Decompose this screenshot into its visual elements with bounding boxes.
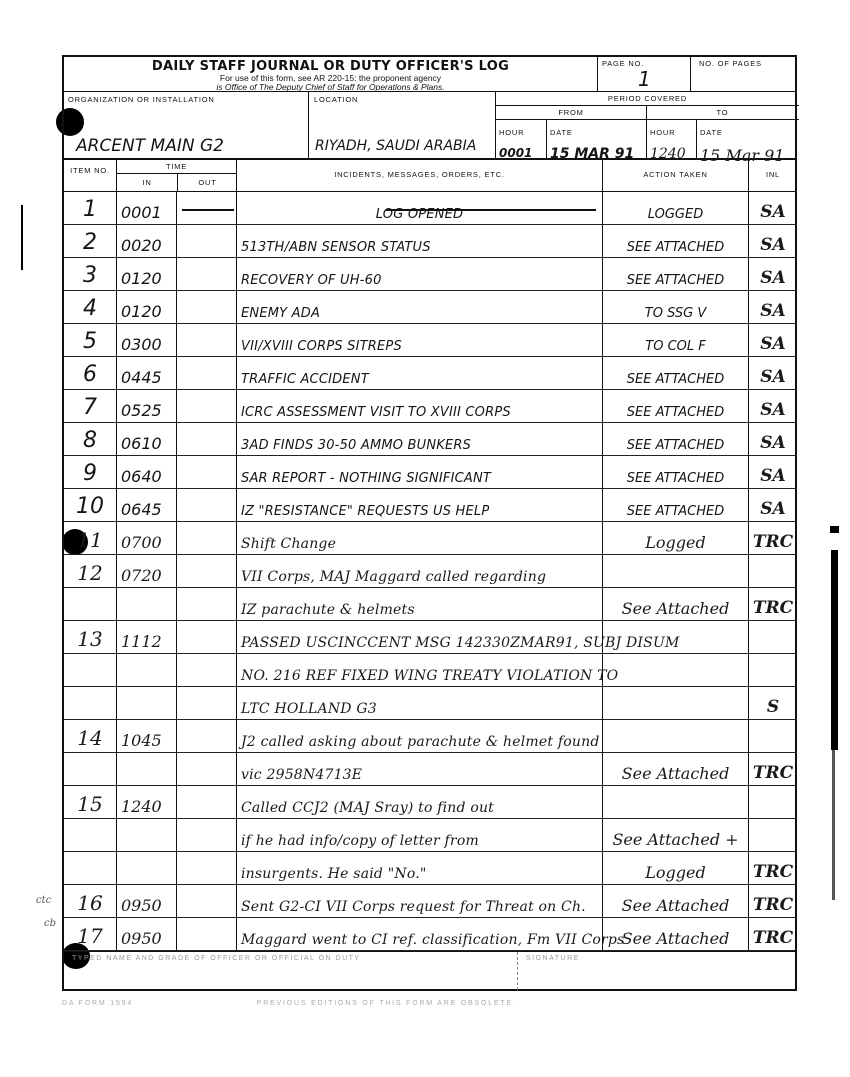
item-no-cell: 13 — [64, 621, 116, 654]
time-out-cell — [176, 819, 236, 852]
time-out-cell — [176, 753, 236, 786]
item-no-cell: 1 — [64, 192, 116, 225]
time-out-cell — [176, 489, 236, 522]
action-taken-cell: Logged — [602, 852, 748, 885]
time-out-cell — [176, 390, 236, 423]
incident-text-value: J2 called asking about parachute & helme… — [241, 734, 599, 750]
item-no-cell — [64, 687, 116, 720]
incident-text-cell: VII/XVIII CORPS SITREPS — [236, 324, 602, 357]
table-row: 160950Sent G2-CI VII Corps request for T… — [64, 885, 795, 918]
item-no-cell — [64, 852, 116, 885]
col-time-in: IN — [117, 174, 177, 187]
time-in-cell: 0950 — [116, 885, 176, 918]
initials-cell: TRC — [748, 885, 797, 918]
incident-text-value: TRAFFIC ACCIDENT — [241, 372, 369, 387]
initials-value: TRC — [753, 862, 793, 882]
incident-text-value: VII/XVIII CORPS SITREPS — [241, 339, 402, 354]
incident-text-value: LTC HOLLAND G3 — [241, 701, 377, 717]
time-in-value: 0700 — [121, 533, 162, 552]
incident-text-cell: J2 called asking about parachute & helme… — [236, 720, 602, 753]
table-row: vic 2958N4713ESee AttachedTRC — [64, 753, 795, 786]
initials-cell — [748, 819, 797, 852]
hour-date-row: HOUR 0001 DATE 15 MAR 91 HOUR 1240 DATE … — [496, 120, 799, 158]
incident-text-value: SAR REPORT - NOTHING SIGNIFICANT — [241, 471, 491, 486]
location-field: LOCATION RIYADH, SAUDI ARABIA — [308, 92, 495, 160]
time-in-value: 0720 — [121, 566, 162, 585]
table-row: 141045J2 called asking about parachute &… — [64, 720, 795, 753]
table-row: LTC HOLLAND G3S — [64, 687, 795, 720]
item-no-cell: 14 — [64, 720, 116, 753]
action-taken-value: Logged — [645, 863, 705, 882]
margin-note-1: ctc — [36, 895, 51, 906]
action-taken-value: LOGGED — [648, 207, 703, 222]
action-taken-cell — [602, 621, 748, 654]
time-in-value: 0001 — [121, 203, 162, 222]
incident-text-cell: if he had info/copy of letter from — [236, 819, 602, 852]
page-no-value: 1 — [638, 67, 651, 91]
time-in-value: 0300 — [121, 335, 162, 354]
incident-text-cell: Shift Change — [236, 522, 602, 555]
time-in-cell: 0120 — [116, 258, 176, 291]
time-out-cell — [176, 291, 236, 324]
initials-cell: TRC — [748, 852, 797, 885]
time-in-value: 0120 — [121, 302, 162, 321]
action-taken-value: SEE ATTACHED — [627, 405, 724, 420]
form-title: DAILY STAFF JOURNAL OR DUTY OFFICER'S LO… — [64, 59, 597, 74]
time-in-value: 1112 — [121, 632, 162, 651]
action-taken-value: See Attached + — [612, 830, 738, 849]
form-info-header: ORGANIZATION OR INSTALLATION ARCENT MAIN… — [64, 92, 795, 160]
initials-value: SA — [760, 202, 785, 222]
table-row: 806103AD FINDS 30-50 AMMO BUNKERSSEE ATT… — [64, 423, 795, 456]
item-no-value: 15 — [77, 792, 102, 816]
no-of-pages-field: NO. OF PAGES — [690, 57, 797, 92]
time-out-cell — [176, 588, 236, 621]
table-row: 60445TRAFFIC ACCIDENTSEE ATTACHEDSA — [64, 357, 795, 390]
to-date-label: DATE — [700, 128, 723, 137]
action-taken-cell: See Attached — [602, 588, 748, 621]
item-no-cell: 8 — [64, 423, 116, 456]
col-item-no: ITEM NO. — [64, 160, 116, 192]
time-out-cell — [176, 720, 236, 753]
item-no-value: 16 — [77, 891, 102, 915]
incident-text-cell: vic 2958N4713E — [236, 753, 602, 786]
scan-edge-mark-right-bar — [831, 550, 838, 750]
initials-value: SA — [760, 499, 785, 519]
item-no-cell: 15 — [64, 786, 116, 819]
incident-text-cell: RECOVERY OF UH-60 — [236, 258, 602, 291]
incident-text-value: 3AD FINDS 30-50 AMMO BUNKERS — [241, 438, 471, 453]
incident-text-cell: IZ "RESISTANCE" REQUESTS US HELP — [236, 489, 602, 522]
initials-value: S — [767, 697, 779, 717]
from-hour-value: 0001 — [499, 146, 543, 160]
time-in-value: 0610 — [121, 434, 162, 453]
incident-text-value: RECOVERY OF UH-60 — [241, 273, 382, 288]
time-in-cell: 0001 — [116, 192, 176, 225]
table-row: 120720VII Corps, MAJ Maggard called rega… — [64, 555, 795, 588]
organization-field: ORGANIZATION OR INSTALLATION ARCENT MAIN… — [64, 92, 308, 160]
item-no-cell: 7 — [64, 390, 116, 423]
to-label: TO — [646, 106, 798, 120]
incident-text-value: insurgents. He said "No." — [241, 866, 427, 882]
incident-text-cell: VII Corps, MAJ Maggard called regarding — [236, 555, 602, 588]
item-no-cell: 4 — [64, 291, 116, 324]
item-no-value: 14 — [77, 726, 102, 750]
action-taken-cell — [602, 786, 748, 819]
action-taken-cell: See Attached — [602, 753, 748, 786]
time-in-value: 0645 — [121, 500, 162, 519]
journal-entries: 10001LOG OPENEDLOGGEDSA20020513TH/ABN SE… — [64, 192, 795, 951]
item-no-value: 5 — [83, 329, 97, 354]
arrow-line-left — [182, 209, 234, 211]
item-no-cell — [64, 654, 116, 687]
time-out-cell — [176, 324, 236, 357]
initials-value: TRC — [753, 928, 793, 948]
incident-text-cell: 513TH/ABN SENSOR STATUS — [236, 225, 602, 258]
action-taken-cell: Logged — [602, 522, 748, 555]
incident-text-value: IZ "RESISTANCE" REQUESTS US HELP — [241, 504, 489, 519]
initials-value: SA — [760, 433, 785, 453]
initials-cell: TRC — [748, 753, 797, 786]
item-no-cell: 17 — [64, 918, 116, 951]
action-taken-cell — [602, 654, 748, 687]
action-taken-value: SEE ATTACHED — [627, 471, 724, 486]
daily-staff-journal-form: DAILY STAFF JOURNAL OR DUTY OFFICER'S LO… — [62, 55, 797, 991]
initials-value: TRC — [753, 532, 793, 552]
no-of-pages-label: NO. OF PAGES — [691, 57, 797, 70]
initials-cell: TRC — [748, 588, 797, 621]
location-value: RIYADH, SAUDI ARABIA — [315, 138, 476, 154]
item-no-value: 7 — [83, 395, 97, 420]
action-taken-cell: See Attached — [602, 918, 748, 951]
incident-text-value: 513TH/ABN SENSOR STATUS — [241, 240, 431, 255]
initials-cell — [748, 555, 797, 588]
initials-cell: SA — [748, 390, 797, 423]
action-taken-cell: SEE ATTACHED — [602, 258, 748, 291]
time-in-cell — [116, 819, 176, 852]
initials-cell: TRC — [748, 918, 797, 951]
action-taken-value: See Attached — [622, 764, 730, 783]
to-hour-cell: HOUR 1240 — [646, 120, 696, 158]
col-time: TIME IN OUT — [116, 160, 236, 192]
time-in-value: 0950 — [121, 929, 162, 948]
incident-text-cell: Called CCJ2 (MAJ Sray) to find out — [236, 786, 602, 819]
time-in-cell: 1240 — [116, 786, 176, 819]
action-taken-value: SEE ATTACHED — [627, 504, 724, 519]
time-out-cell — [176, 918, 236, 951]
initials-value: TRC — [753, 763, 793, 783]
item-no-cell — [64, 588, 116, 621]
table-row: 20020513TH/ABN SENSOR STATUSSEE ATTACHED… — [64, 225, 795, 258]
action-taken-cell: SEE ATTACHED — [602, 423, 748, 456]
initials-cell — [748, 621, 797, 654]
form-header: DAILY STAFF JOURNAL OR DUTY OFFICER'S LO… — [64, 57, 795, 92]
incident-text-value: NO. 216 REF FIXED WING TREATY VIOLATION … — [241, 668, 618, 684]
item-no-value: 13 — [77, 627, 102, 651]
item-no-cell: 9 — [64, 456, 116, 489]
initials-value: TRC — [753, 598, 793, 618]
page-no-field: PAGE NO. 1 — [597, 57, 690, 92]
action-taken-value: See Attached — [622, 896, 730, 915]
item-no-value: 3 — [83, 263, 97, 288]
col-action-taken: ACTION TAKEN — [602, 160, 748, 192]
officer-name-field: TYPED NAME AND GRADE OF OFFICER OR OFFIC… — [64, 952, 517, 990]
time-out-cell — [176, 786, 236, 819]
column-headers: ITEM NO. TIME IN OUT INCIDENTS, MESSAGES… — [64, 160, 795, 192]
action-taken-value: SEE ATTACHED — [627, 273, 724, 288]
initials-cell — [748, 786, 797, 819]
col-incidents: INCIDENTS, MESSAGES, ORDERS, ETC. — [236, 160, 602, 192]
action-taken-cell: SEE ATTACHED — [602, 489, 748, 522]
time-in-value: 0525 — [121, 401, 162, 420]
incident-text-cell: 3AD FINDS 30-50 AMMO BUNKERS — [236, 423, 602, 456]
from-hour-cell: HOUR 0001 — [496, 120, 546, 158]
item-no-cell — [64, 819, 116, 852]
action-taken-cell: SEE ATTACHED — [602, 456, 748, 489]
initials-cell: SA — [748, 456, 797, 489]
incident-text-cell: TRAFFIC ACCIDENT — [236, 357, 602, 390]
item-no-cell: 5 — [64, 324, 116, 357]
action-taken-value: SEE ATTACHED — [627, 240, 724, 255]
time-out-cell — [176, 852, 236, 885]
table-row: 70525ICRC ASSESSMENT VISIT TO XVIII CORP… — [64, 390, 795, 423]
incident-text-cell: SAR REPORT - NOTHING SIGNIFICANT — [236, 456, 602, 489]
time-in-cell — [116, 852, 176, 885]
from-label: FROM — [496, 106, 646, 120]
title-block: DAILY STAFF JOURNAL OR DUTY OFFICER'S LO… — [64, 57, 597, 92]
action-taken-cell — [602, 555, 748, 588]
time-in-cell: 0720 — [116, 555, 176, 588]
signature-field: SIGNATURE — [517, 952, 797, 990]
item-no-value: 9 — [83, 461, 97, 486]
table-row: NO. 216 REF FIXED WING TREATY VIOLATION … — [64, 654, 795, 687]
time-in-cell — [116, 654, 176, 687]
table-row: 40120ENEMY ADATO SSG VSA — [64, 291, 795, 324]
location-label: LOCATION — [309, 92, 495, 107]
incident-text-cell: Sent G2-CI VII Corps request for Threat … — [236, 885, 602, 918]
arrow-line-right — [386, 209, 596, 211]
incident-text-value: if he had info/copy of letter from — [241, 833, 479, 849]
action-taken-cell — [602, 687, 748, 720]
period-covered-label: PERIOD COVERED — [496, 92, 799, 106]
incident-text-value: ICRC ASSESSMENT VISIT TO XVIII CORPS — [241, 405, 511, 420]
table-row: 151240Called CCJ2 (MAJ Sray) to find out — [64, 786, 795, 819]
from-hour-label: HOUR — [499, 128, 524, 137]
incident-text-value: vic 2958N4713E — [241, 767, 362, 783]
action-taken-cell: See Attached + — [602, 819, 748, 852]
item-no-value: 1 — [83, 197, 97, 222]
from-to-row: FROM TO — [496, 106, 799, 120]
table-row: 131112PASSED USCINCCENT MSG 142330ZMAR91… — [64, 621, 795, 654]
form-subtitle-2: is Office of The Deputy Chief of Staff f… — [64, 83, 597, 92]
initials-cell: SA — [748, 291, 797, 324]
initials-cell — [748, 720, 797, 753]
incident-text-value: Shift Change — [241, 536, 336, 552]
incident-text-cell: ICRC ASSESSMENT VISIT TO XVIII CORPS — [236, 390, 602, 423]
action-taken-value: Logged — [645, 533, 705, 552]
incident-text-value: IZ parachute & helmets — [241, 602, 415, 618]
action-taken-cell: See Attached — [602, 885, 748, 918]
time-in-cell: 0525 — [116, 390, 176, 423]
time-in-cell: 0645 — [116, 489, 176, 522]
time-in-value: 0120 — [121, 269, 162, 288]
item-no-cell: 12 — [64, 555, 116, 588]
edition-note: PREVIOUS EDITIONS OF THIS FORM ARE OBSOL… — [257, 1000, 517, 1007]
to-date-cell: DATE 15 Mar 91 — [696, 120, 798, 158]
item-no-cell: 3 — [64, 258, 116, 291]
action-taken-value: SEE ATTACHED — [627, 372, 724, 387]
time-in-cell: 0610 — [116, 423, 176, 456]
item-no-value: 10 — [76, 494, 104, 519]
item-no-cell: 11 — [64, 522, 116, 555]
initials-value: SA — [760, 466, 785, 486]
time-in-cell — [116, 687, 176, 720]
time-in-value: 0020 — [121, 236, 162, 255]
time-out-cell — [176, 225, 236, 258]
initials-value: TRC — [753, 895, 793, 915]
item-no-value: 11 — [77, 528, 102, 552]
initials-value: SA — [760, 235, 785, 255]
time-out-cell — [176, 258, 236, 291]
from-date-label: DATE — [550, 128, 573, 137]
action-taken-cell: SEE ATTACHED — [602, 225, 748, 258]
action-taken-value: TO SSG V — [645, 306, 706, 321]
time-in-value: 0445 — [121, 368, 162, 387]
table-row: 170950Maggard went to CI ref. classifica… — [64, 918, 795, 951]
table-row: 90640SAR REPORT - NOTHING SIGNIFICANTSEE… — [64, 456, 795, 489]
time-in-cell — [116, 753, 176, 786]
table-row: IZ parachute & helmetsSee AttachedTRC — [64, 588, 795, 621]
signature-label: SIGNATURE — [518, 952, 797, 965]
time-in-cell — [116, 588, 176, 621]
table-row: 50300VII/XVIII CORPS SITREPSTO COL FSA — [64, 324, 795, 357]
table-row: 30120RECOVERY OF UH-60SEE ATTACHEDSA — [64, 258, 795, 291]
time-in-cell: 0120 — [116, 291, 176, 324]
initials-cell: SA — [748, 225, 797, 258]
table-row: insurgents. He said "No."LoggedTRC — [64, 852, 795, 885]
time-in-cell: 1112 — [116, 621, 176, 654]
time-in-cell: 0700 — [116, 522, 176, 555]
incident-text-cell: LTC HOLLAND G3 — [236, 687, 602, 720]
action-taken-cell: TO COL F — [602, 324, 748, 357]
initials-cell: S — [748, 687, 797, 720]
item-no-cell — [64, 753, 116, 786]
signature-block: TYPED NAME AND GRADE OF OFFICER OR OFFIC… — [64, 951, 795, 989]
time-out-cell — [176, 885, 236, 918]
col-initials: INL — [748, 160, 797, 192]
to-hour-label: HOUR — [650, 128, 675, 137]
time-in-value: 1240 — [121, 797, 162, 816]
incident-text-value: Sent G2-CI VII Corps request for Threat … — [241, 899, 586, 915]
time-in-value: 0640 — [121, 467, 162, 486]
action-taken-cell: SEE ATTACHED — [602, 357, 748, 390]
initials-cell: SA — [748, 489, 797, 522]
time-in-cell: 0445 — [116, 357, 176, 390]
action-taken-cell: LOGGED — [602, 192, 748, 225]
time-out-cell — [176, 456, 236, 489]
item-no-value: 12 — [77, 561, 102, 585]
col-time-label: TIME — [117, 160, 236, 174]
table-row: if he had info/copy of letter fromSee At… — [64, 819, 795, 852]
table-row: 110700Shift ChangeLoggedTRC — [64, 522, 795, 555]
item-no-value: 2 — [83, 230, 97, 255]
item-no-cell: 16 — [64, 885, 116, 918]
action-taken-cell — [602, 720, 748, 753]
incident-text-value: VII Corps, MAJ Maggard called regarding — [241, 569, 546, 585]
time-in-cell: 0640 — [116, 456, 176, 489]
item-no-value: 8 — [83, 428, 97, 453]
time-in-cell: 1045 — [116, 720, 176, 753]
scan-edge-mark-right-tail — [832, 750, 835, 900]
incident-text-cell: IZ parachute & helmets — [236, 588, 602, 621]
period-covered-field: PERIOD COVERED FROM TO HOUR 0001 DATE 15… — [495, 92, 799, 160]
scan-edge-mark-left — [21, 205, 23, 270]
organization-label: ORGANIZATION OR INSTALLATION — [64, 92, 308, 107]
time-in-cell: 0300 — [116, 324, 176, 357]
table-row: 100645IZ "RESISTANCE" REQUESTS US HELPSE… — [64, 489, 795, 522]
initials-value: SA — [760, 301, 785, 321]
initials-cell: SA — [748, 324, 797, 357]
item-no-value: 6 — [83, 362, 97, 387]
item-no-value: 4 — [83, 296, 97, 321]
from-date-cell: DATE 15 MAR 91 — [546, 120, 646, 158]
incident-text-cell: PASSED USCINCCENT MSG 142330ZMAR91, SUBJ… — [236, 621, 602, 654]
form-number: DA FORM 1594 — [62, 1000, 133, 1007]
item-no-cell: 2 — [64, 225, 116, 258]
initials-cell: SA — [748, 423, 797, 456]
action-taken-value: See Attached — [622, 599, 730, 618]
col-time-out: OUT — [177, 174, 237, 192]
initials-value: SA — [760, 268, 785, 288]
time-out-cell — [176, 423, 236, 456]
action-taken-value: SEE ATTACHED — [627, 438, 724, 453]
time-out-cell — [176, 687, 236, 720]
organization-value: ARCENT MAIN G2 — [76, 136, 224, 156]
item-no-cell: 10 — [64, 489, 116, 522]
initials-cell: SA — [748, 192, 797, 225]
incident-text-cell: insurgents. He said "No." — [236, 852, 602, 885]
time-in-cell: 0020 — [116, 225, 176, 258]
initials-value: SA — [760, 367, 785, 387]
item-no-value: 17 — [77, 924, 102, 948]
incident-text-value: Called CCJ2 (MAJ Sray) to find out — [241, 800, 494, 816]
time-in-cell: 0950 — [116, 918, 176, 951]
initials-cell — [748, 654, 797, 687]
margin-note-2: cb — [44, 918, 56, 929]
initials-cell: TRC — [748, 522, 797, 555]
item-no-cell: 6 — [64, 357, 116, 390]
initials-value: SA — [760, 400, 785, 420]
time-out-cell — [176, 654, 236, 687]
incident-text-cell: NO. 216 REF FIXED WING TREATY VIOLATION … — [236, 654, 602, 687]
action-taken-value: TO COL F — [645, 339, 705, 354]
time-out-cell — [176, 621, 236, 654]
table-row: 10001LOG OPENEDLOGGEDSA — [64, 192, 795, 225]
initials-value: SA — [760, 334, 785, 354]
incident-text-cell: Maggard went to CI ref. classification, … — [236, 918, 602, 951]
time-in-value: 0950 — [121, 896, 162, 915]
action-taken-value: See Attached — [622, 929, 730, 948]
officer-name-label: TYPED NAME AND GRADE OF OFFICER OR OFFIC… — [64, 952, 517, 965]
time-out-cell — [176, 522, 236, 555]
time-out-cell — [176, 357, 236, 390]
scan-edge-mark-right-top — [830, 526, 839, 533]
form-footer: DA FORM 1594 PREVIOUS EDITIONS OF THIS F… — [62, 1000, 762, 1007]
incident-text-value: ENEMY ADA — [241, 306, 320, 321]
incident-text-value: Maggard went to CI ref. classification, … — [241, 932, 624, 948]
action-taken-cell: TO SSG V — [602, 291, 748, 324]
initials-cell: SA — [748, 258, 797, 291]
